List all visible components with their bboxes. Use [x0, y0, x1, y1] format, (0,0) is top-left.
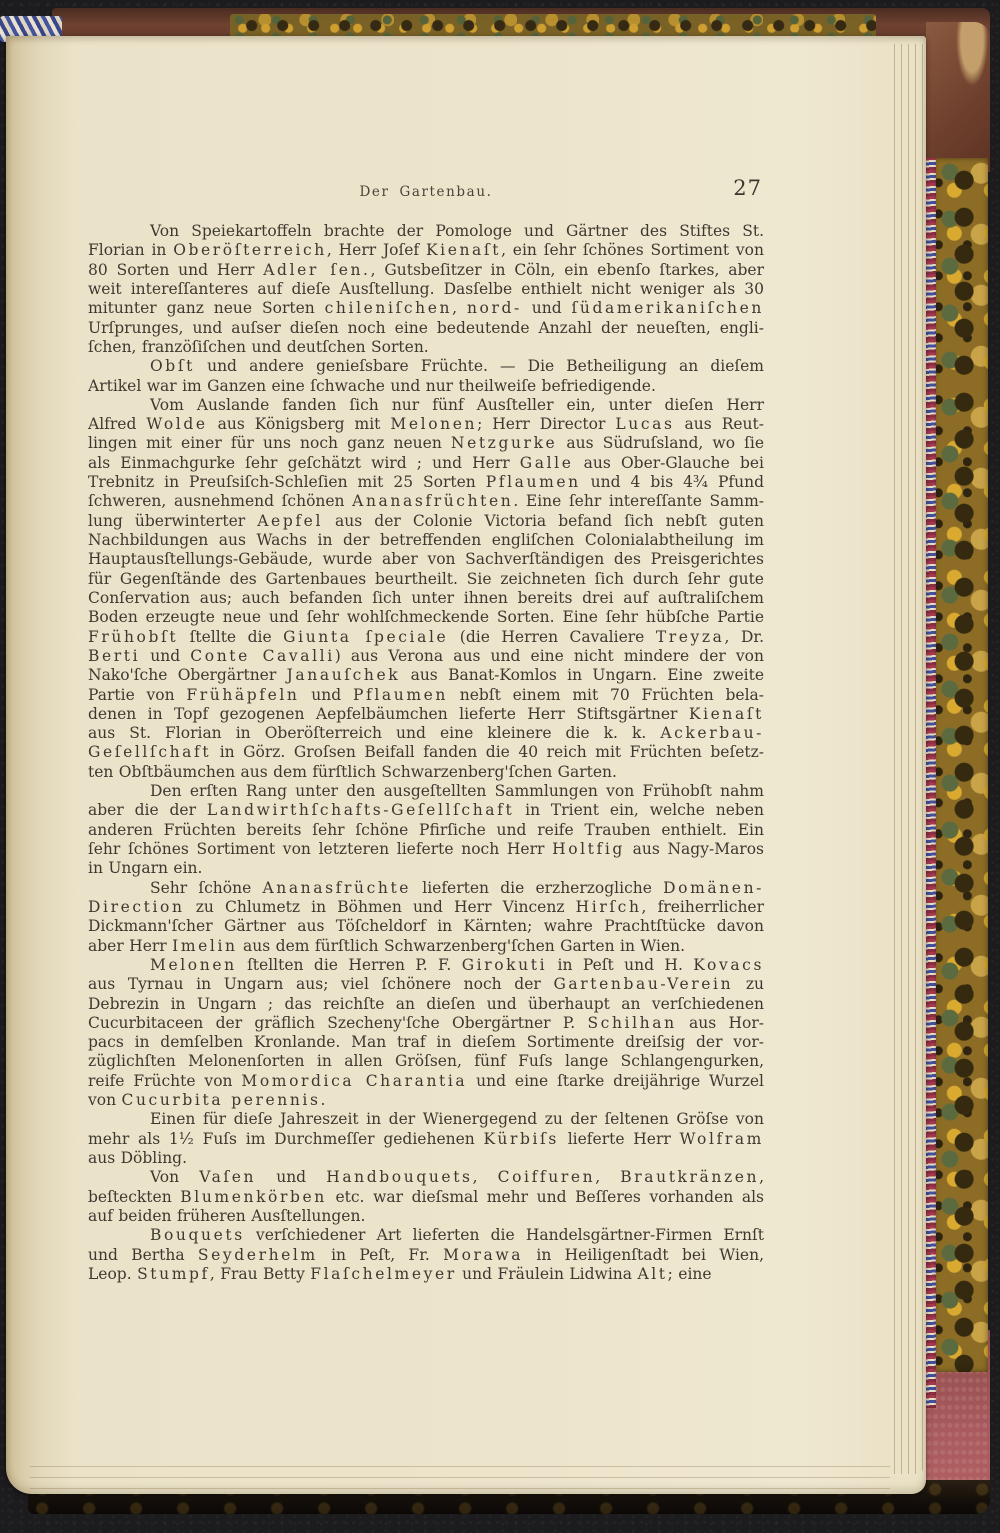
text-segment: Cucurbitaceen der gräflich Szecheny'ſche… [88, 1014, 587, 1032]
text-segment: Nako'ſche Obergärtner [88, 666, 287, 684]
letterspaced-text: Landwirthſchafts-Geſellſchaft [207, 801, 514, 819]
text-segment: , [759, 1168, 764, 1186]
text-line: Bouquets verſchiedener Art lieferten die… [88, 1226, 764, 1245]
text-line: Alfred Wolde aus Königsberg mit Melonen;… [88, 415, 764, 434]
text-segment: Trebnitz in Preuſsiſch-Schleſien mit 25 … [88, 473, 486, 491]
page-number: 27 [733, 176, 762, 200]
text-segment: mehr als 1¹⁄₂ Fuſs im Durchmeſſer gedieh… [88, 1130, 484, 1148]
text-segment: und eine ſtarke dreijährige Wurzel [467, 1072, 764, 1090]
text-segment: aus Ober-Glauche bei [574, 454, 764, 472]
page-header: Der Gartenbau. 27 [88, 178, 764, 218]
letterspaced-text: Berti [88, 647, 140, 665]
text-line: züglichſten Melonenſorten in allen Gröſs… [88, 1052, 764, 1071]
text-segment: lieferten die erzherzogliche [411, 879, 663, 897]
text-line: Conſervation aus; auch befanden ſich unt… [88, 589, 764, 608]
text-segment: Alfred [88, 415, 146, 433]
letterspaced-text: Treyza [656, 628, 725, 646]
paragraph: Vom Auslande fanden ſich nur fünf Ausſte… [88, 396, 764, 782]
text-segment: verſchiedener Art lieferten die Handelsg… [245, 1226, 764, 1244]
letterspaced-text: Wolde [146, 415, 207, 433]
paragraph: Den erſten Rang unter den ausgeſtellten … [88, 782, 764, 879]
text-segment: nebſt einem mit 70 Früchten bela- [448, 686, 764, 704]
text-line: Nako'ſche Obergärtner Janauſchek aus Ban… [88, 666, 764, 685]
text-line: lingen mit einer für uns noch ganz neuen… [88, 434, 764, 453]
text-segment: (die Herren Cavaliere [448, 628, 656, 646]
text-segment: reife Früchte von [88, 1072, 241, 1090]
text-segment: ſtellten die Herren P. F. [237, 956, 462, 974]
letterspaced-text: Holtfig [552, 840, 625, 858]
text-segment: weit intereſſanteres auf dieſe Ausſtellu… [88, 280, 764, 298]
letterspaced-text: Bouquets [150, 1226, 245, 1244]
letterspaced-text: Pflaumen [353, 686, 448, 704]
page-text: Von Speiekartoffeln brachte der Pomologe… [88, 222, 764, 1284]
letterspaced-text: Ananasfrüchten [352, 492, 513, 510]
letterspaced-text: Netzgurke [451, 434, 557, 452]
letterspaced-text: Janauſchek [287, 666, 401, 684]
letterspaced-text: Obſt [150, 357, 195, 375]
letterspaced-text: Momordica Charantia [241, 1072, 467, 1090]
letterspaced-text: Galle [520, 454, 574, 472]
text-segment: Vom Auslande fanden ſich nur fünf Ausſte… [150, 396, 764, 414]
letterspaced-text: Imelin [172, 937, 238, 955]
text-segment: als Einmachgurke ſehr geſchätzt wird ; u… [88, 454, 520, 472]
letterspaced-text: nord- [467, 299, 522, 317]
text-line: Geſellſchaft in Görz. Groſsen Beifall fa… [88, 743, 764, 762]
paragraph: Melonen ſtellten die Herren P. F. Giroku… [88, 956, 764, 1111]
text-segment: Von [150, 1168, 199, 1186]
text-line: Von Speiekartoffeln brachte der Pomologe… [88, 222, 764, 241]
text-line: von Cucurbita perennis. [88, 1091, 764, 1110]
letterspaced-text: Stumpf [137, 1265, 210, 1283]
letterspaced-text: Frühäpfeln [186, 686, 299, 704]
text-line: aus St. Florian in Oberöſterreich und ei… [88, 724, 764, 743]
text-segment: , ein ſehr ſchönes Sortiment von [501, 241, 764, 259]
text-segment: ten Obſtbäumchen aus dem fürſtlich Schwa… [88, 763, 617, 781]
text-line: mehr als 1¹⁄₂ Fuſs im Durchmeſſer gedieh… [88, 1130, 764, 1149]
text-segment: aus Hor- [677, 1014, 764, 1032]
text-line: ſchen, franzöſiſchen und deutſchen Sorte… [88, 338, 764, 357]
text-line: reife Früchte von Momordica Charantia un… [88, 1072, 764, 1091]
text-line: ſehr ſchönes Sortiment von letzteren lie… [88, 840, 764, 859]
text-segment: Conſervation aus; auch befanden ſich unt… [88, 589, 764, 607]
text-line: Urſprunges, und auſser dieſen noch eine … [88, 319, 764, 338]
photo-background: Der Gartenbau. 27 Von Speiekartoffeln br… [0, 0, 1000, 1533]
text-segment: Sehr ſchöne [150, 879, 262, 897]
text-line: ten Obſtbäumchen aus dem fürſtlich Schwa… [88, 763, 764, 782]
text-segment: ; eine [668, 1265, 712, 1283]
text-line: Obſt und andere genieſsbare Früchte. — D… [88, 357, 764, 376]
text-segment: etc. war dieſsmal mehr und Beſſeres vorh… [327, 1188, 764, 1206]
text-segment: lingen mit einer für uns noch ganz neuen [88, 434, 451, 452]
text-segment: . Eine ſehr intereſſante Samm- [513, 492, 764, 510]
text-segment: lung überwinterter [88, 512, 257, 530]
paragraph: Einen für dieſe Jahreszeit in der Wiener… [88, 1110, 764, 1168]
text-line: Melonen ſtellten die Herren P. F. Giroku… [88, 956, 764, 975]
text-segment: ſehr ſchönes Sortiment von letzteren lie… [88, 840, 552, 858]
running-title: Der Gartenbau. [88, 178, 764, 200]
letterspaced-text: Pflaumen [486, 473, 581, 491]
letterspaced-text: Cucurbita perennis [122, 1091, 321, 1109]
text-line: für Gegenſtände des Gartenbaues beurthei… [88, 570, 764, 589]
paragraph: Sehr ſchöne Ananasfrüchte lieferten die … [88, 879, 764, 956]
text-segment: , [452, 299, 467, 317]
text-segment: ſtellte die [178, 628, 283, 646]
text-segment: züglichſten Melonenſorten in allen Gröſs… [88, 1052, 764, 1070]
text-segment: und Bertha [88, 1246, 198, 1264]
text-segment: Florian in [88, 241, 173, 259]
text-segment: Partie von [88, 686, 186, 704]
text-segment: pacs in demſelben Kronlande. Man traf in… [88, 1033, 764, 1051]
text-segment: aber die der [88, 801, 207, 819]
text-segment: in Trient ein, welche neben [514, 801, 764, 819]
paragraph: Von Vaſen und Handbouquets, Coiffuren, B… [88, 1168, 764, 1226]
letterspaced-text: Handbouquets [326, 1168, 472, 1186]
text-segment: aus St. Florian in Oberöſterreich und ei… [88, 724, 660, 742]
letterspaced-text: Conte Cavalli [190, 647, 334, 665]
text-segment: anderen Früchten bereits ſehr ſchöne Pfi… [88, 821, 764, 839]
text-line: als Einmachgurke ſehr geſchätzt wird ; u… [88, 454, 764, 473]
text-segment: und [256, 1168, 326, 1186]
text-segment: und andere genieſsbare Früchte. — Die Be… [195, 357, 764, 375]
text-segment: Von Speiekartoffeln brachte der Pomologe… [150, 222, 764, 240]
text-segment: , [473, 1168, 498, 1186]
letterspaced-text: Oberöſterreich [173, 241, 327, 259]
text-line: aber die der Landwirthſchafts-Geſellſcha… [88, 801, 764, 820]
text-segment: aus Südruſsland, wo ſie [557, 434, 764, 452]
text-segment: aus Nagy-Maros [625, 840, 764, 858]
text-line: 80 Sorten und Herr Adler ſen., Gutsbeſit… [88, 261, 764, 280]
letterspaced-text: Melonen [390, 415, 477, 433]
text-segment: ) aus Verona aus und eine nicht mindere … [335, 647, 764, 665]
text-line: aus Döbling. [88, 1149, 764, 1168]
letterspaced-text: Kürbiſs [484, 1130, 559, 1148]
text-line: in Ungarn ein. [88, 859, 764, 878]
letterspaced-text: Hirſch [576, 898, 642, 916]
text-line: Leop. Stumpf, Frau Betty Flaſchelmeyer u… [88, 1265, 764, 1284]
letterspaced-text: Geſellſchaft [88, 743, 211, 761]
letterspaced-text: Direction [88, 898, 185, 916]
text-line: Frühobſt ſtellte die Giunta ſpeciale (di… [88, 628, 764, 647]
text-segment: in Heiligenſtadt bei Wien, [523, 1246, 764, 1264]
text-segment: , [595, 1168, 620, 1186]
letterspaced-text: Gartenbau-Verein [553, 975, 733, 993]
letterspaced-text: Brautkränzen [620, 1168, 759, 1186]
text-segment: aus Königsberg mit [208, 415, 391, 433]
letterspaced-text: Domänen- [663, 879, 764, 897]
text-segment: aus Reut- [675, 415, 764, 433]
text-segment: ſchen, franzöſiſchen und deutſchen Sorte… [88, 338, 429, 356]
text-line: lung überwinterter Aepfel aus der Coloni… [88, 512, 764, 531]
text-segment: und [522, 299, 572, 317]
text-line: weit intereſſanteres auf dieſe Ausſtellu… [88, 280, 764, 299]
text-line: beſteckten Blumenkörben etc. war dieſsma… [88, 1188, 764, 1207]
text-line: und Bertha Seyderhelm in Peſt, Fr. Moraw… [88, 1246, 764, 1265]
text-line: Florian in Oberöſterreich, Herr Joſef Ki… [88, 241, 764, 260]
text-segment: Den erſten Rang unter den ausgeſtellten … [150, 782, 764, 800]
text-line: anderen Früchten bereits ſehr ſchöne Pfi… [88, 821, 764, 840]
letterspaced-text: Alt [637, 1265, 667, 1283]
letterspaced-text: Kienaſt [426, 241, 501, 259]
text-segment: . [321, 1091, 326, 1109]
text-segment: für Gegenſtände des Gartenbaues beurthei… [88, 570, 764, 588]
text-segment: , Dr. [725, 628, 764, 646]
text-segment: und 4 bis 4³⁄₄ Pfund [581, 473, 764, 491]
letterspaced-text: ſüdamerikaniſchen [572, 299, 764, 317]
paragraph: Bouquets verſchiedener Art lieferten die… [88, 1226, 764, 1284]
text-segment: ; Herr Director [477, 415, 615, 433]
text-segment: beſteckten [88, 1188, 180, 1206]
text-segment: Hauptausſtellungs-Gebäude, wurde aber vo… [88, 550, 764, 568]
leather-corner-top-right [926, 22, 990, 172]
text-line: pacs in demſelben Kronlande. Man traf in… [88, 1033, 764, 1052]
text-line: Den erſten Rang unter den ausgeſtellten … [88, 782, 764, 801]
text-segment: und Fräulein Lidwina [457, 1265, 638, 1283]
text-segment: Boden erzeugte neue und ſehr wohlſchmeck… [88, 608, 764, 626]
text-line: Vom Auslande fanden ſich nur fünf Ausſte… [88, 396, 764, 415]
text-segment: , freiherrlicher [642, 898, 764, 916]
text-line: Cucurbitaceen der gräflich Szecheny'ſche… [88, 1014, 764, 1033]
text-segment: und [140, 647, 190, 665]
page-edges-right [888, 44, 926, 1474]
text-segment: Artikel war im Ganzen eine ſchwache und … [88, 377, 656, 395]
letterspaced-text: Flaſchelmeyer [310, 1265, 457, 1283]
text-segment: aus Banat-Komlos in Ungarn. Eine zweite [400, 666, 764, 684]
text-line: Debrezin in Ungarn ; das reichſte an die… [88, 995, 764, 1014]
text-line: Von Vaſen und Handbouquets, Coiffuren, B… [88, 1168, 764, 1187]
text-line: auf beiden früheren Ausſtellungen. [88, 1207, 764, 1226]
text-segment: auf beiden früheren Ausſtellungen. [88, 1207, 365, 1225]
text-segment: lieferte Herr [559, 1130, 680, 1148]
text-segment: aus Tyrnau in Ungarn aus; viel ſchönere … [88, 975, 553, 993]
text-segment: Leop. [88, 1265, 137, 1283]
paragraph: Von Speiekartoffeln brachte der Pomologe… [88, 222, 764, 357]
text-segment: in Peſt, Fr. [318, 1246, 443, 1264]
text-line: Sehr ſchöne Ananasfrüchte lieferten die … [88, 879, 764, 898]
text-segment: ſchweren, ausnehmend ſchönen [88, 492, 352, 510]
text-segment: zu [733, 975, 764, 993]
text-segment: denen in Topf gezogenen Aepfelbäumchen l… [88, 705, 689, 723]
letterspaced-text: Wolfram [680, 1130, 764, 1148]
text-line: Nachbildungen aus Wachs in der betreffen… [88, 531, 764, 550]
text-line: Hauptausſtellungs-Gebäude, wurde aber vo… [88, 550, 764, 569]
text-line: Berti und Conte Cavalli) aus Verona aus … [88, 647, 764, 666]
letterspaced-text: Giunta ſpeciale [283, 628, 448, 646]
text-line: Dickmann'ſcher Gärtner aus Töſcheldorf i… [88, 917, 764, 936]
text-segment: Debrezin in Ungarn ; das reichſte an die… [88, 995, 764, 1013]
letterspaced-text: Morawa [443, 1246, 523, 1264]
text-line: denen in Topf gezogenen Aepfelbäumchen l… [88, 705, 764, 724]
letterspaced-text: Frühobſt [88, 628, 178, 646]
text-segment: in Peſt und H. [547, 956, 693, 974]
letterspaced-text: Blumenkörben [180, 1188, 327, 1206]
text-line: Trebnitz in Preuſsiſch-Schleſien mit 25 … [88, 473, 764, 492]
letterspaced-text: Schilhan [587, 1014, 676, 1032]
letterspaced-text: Kienaſt [689, 705, 764, 723]
letterspaced-text: Lucas [615, 415, 674, 433]
text-segment: Urſprunges, und auſser dieſen noch eine … [88, 319, 764, 337]
text-segment: von [88, 1091, 122, 1109]
text-line: Artikel war im Ganzen eine ſchwache und … [88, 377, 764, 396]
text-segment: in Görz. Groſsen Beifall fanden die 40 r… [211, 743, 764, 761]
text-segment: mitunter ganz neue Sorten [88, 299, 325, 317]
page-edges-bottom [30, 1456, 890, 1490]
letterspaced-text: Girokuti [462, 956, 547, 974]
letterspaced-text: Vaſen [199, 1168, 256, 1186]
text-segment: aus dem fürſtlich Schwarzenberg'ſchen Ga… [238, 937, 685, 955]
text-line: mitunter ganz neue Sorten chileniſchen, … [88, 299, 764, 318]
letterspaced-text: chileniſchen [325, 299, 452, 317]
letterspaced-text: Ackerbau- [660, 724, 764, 742]
text-line: aus Tyrnau in Ungarn aus; viel ſchönere … [88, 975, 764, 994]
paragraph: Obſt und andere genieſsbare Früchte. — D… [88, 357, 764, 396]
text-segment: Einen für dieſe Jahreszeit in der Wiener… [150, 1110, 764, 1128]
text-line: ſchweren, ausnehmend ſchönen Ananasfrüch… [88, 492, 764, 511]
text-segment: in Ungarn ein. [88, 859, 202, 877]
text-line: aber Herr Imelin aus dem fürſtlich Schwa… [88, 937, 764, 956]
marbled-paper-right-edge [934, 158, 988, 1372]
text-segment: aus der Colonie Victoria befand ſich neb… [323, 512, 764, 530]
text-line: Direction zu Chlumetz in Böhmen und Herr… [88, 898, 764, 917]
book-page: Der Gartenbau. 27 Von Speiekartoffeln br… [6, 36, 926, 1494]
text-segment: Nachbildungen aus Wachs in der betreffen… [88, 531, 764, 549]
text-segment: und [300, 686, 353, 704]
text-segment: , Gutsbeſitzer in Cöln, ein ebenſo ſtark… [371, 261, 764, 279]
text-segment: aus Döbling. [88, 1149, 187, 1167]
letterspaced-text: Seyderhelm [198, 1246, 318, 1264]
text-line: Einen für dieſe Jahreszeit in der Wiener… [88, 1110, 764, 1129]
letterspaced-text: Aepfel [257, 512, 323, 530]
text-line: Boden erzeugte neue und ſehr wohlſchmeck… [88, 608, 764, 627]
text-segment: zu Chlumetz in Böhmen und Herr Vincenz [185, 898, 576, 916]
text-segment: Dickmann'ſcher Gärtner aus Töſcheldorf i… [88, 917, 764, 935]
text-segment: 80 Sorten und Herr [88, 261, 263, 279]
letterspaced-text: Kovacs [693, 956, 764, 974]
text-segment: , Herr Joſef [327, 241, 426, 259]
letterspaced-text: Ananasfrüchte [262, 879, 411, 897]
letterspaced-text: Adler ſen. [263, 261, 370, 279]
letterspaced-text: Coiffuren [498, 1168, 596, 1186]
letterspaced-text: Melonen [150, 956, 237, 974]
text-segment: aber Herr [88, 937, 172, 955]
text-line: Partie von Frühäpfeln und Pflaumen nebſt… [88, 686, 764, 705]
text-segment: , Frau Betty [210, 1265, 310, 1283]
